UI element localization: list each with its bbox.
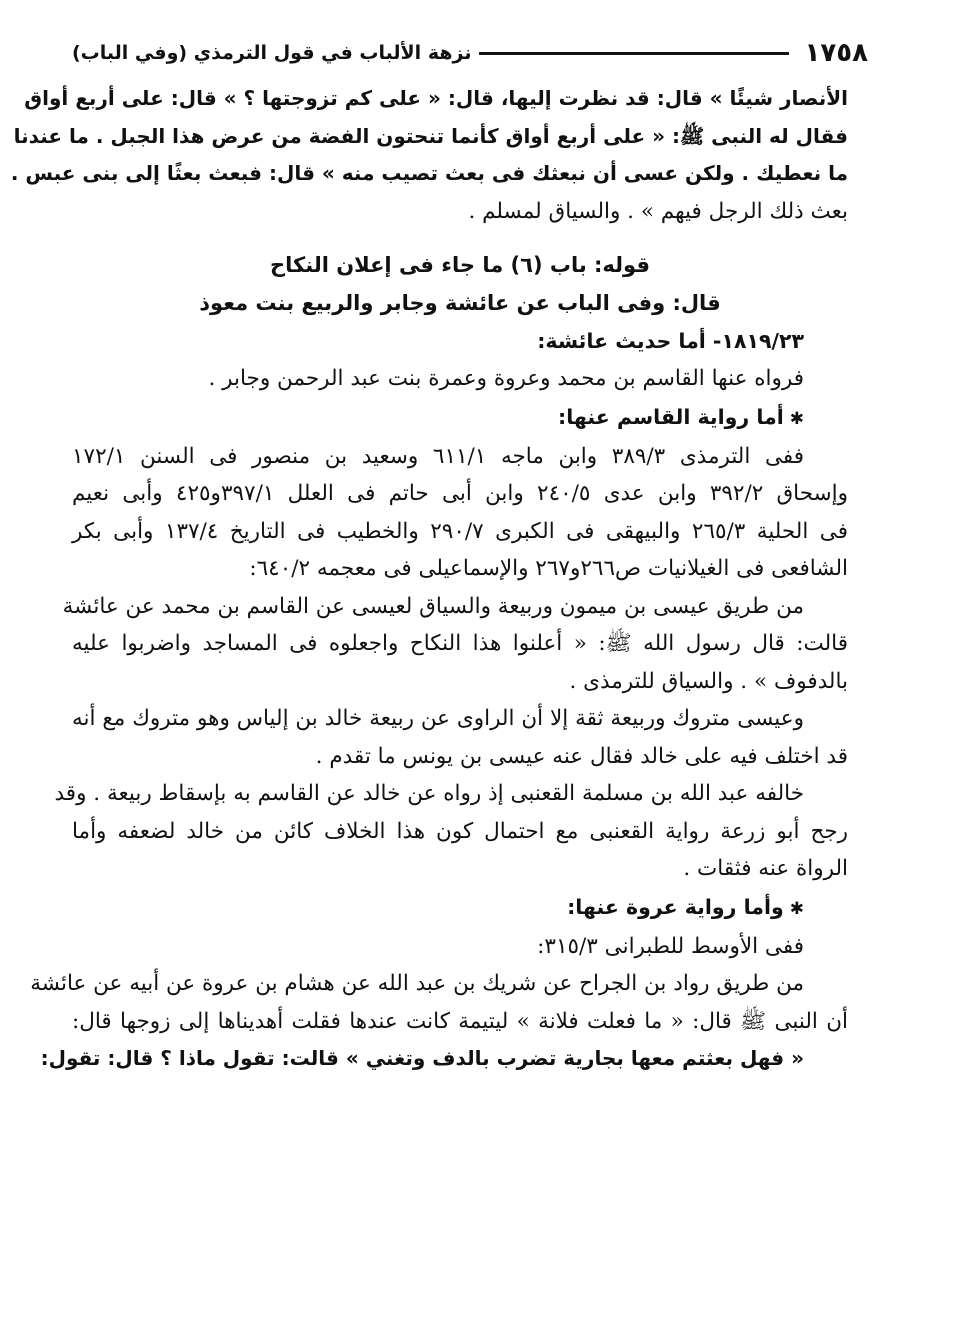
text-line: فى الحلية ٢٦٥/٣ والبيهقى فى الكبرى ٢٩٠/٧… — [72, 513, 848, 551]
hadith-intro: فرواه عنها القاسم بن محمد وعروة وعمرة بن… — [72, 360, 848, 398]
text-line: من طريق رواد بن الجراح عن شريك بن عبد ال… — [72, 965, 848, 1003]
star-icon: ✱ — [790, 890, 804, 928]
section-heading-label: أما رواية القاسم عنها: — [558, 405, 784, 429]
star-icon: ✱ — [790, 400, 804, 438]
continuation-paragraph: الأنصار شيئًا » قال: قد نظرت إليها، قال:… — [72, 80, 848, 230]
text-line: الشافعى فى الغيلانيات ص٢٦٦و٢٦٧ والإسماعي… — [72, 550, 848, 588]
spacer — [72, 230, 848, 246]
text-line: ما نعطيك . ولكن عسى أن نبعثك فى بعث تصيب… — [72, 155, 848, 193]
text-line: ففى الترمذى ٣٨٩/٣ وابن ماجه ٦١١/١ وسعيد … — [72, 438, 848, 476]
text-line: وعيسى متروك وربيعة ثقة إلا أن الراوى عن … — [72, 700, 848, 738]
hadith-number-heading: ١٨١٩/٢٣- أما حديث عائشة: — [72, 322, 848, 360]
text-line: من طريق عيسى بن ميمون وربيعة والسياق لعي… — [72, 588, 848, 626]
paragraph-sources: ففى الترمذى ٣٨٩/٣ وابن ماجه ٦١١/١ وسعيد … — [72, 438, 848, 588]
section-heading-urwa: ✱وأما رواية عروة عنها: — [72, 888, 848, 928]
paragraph-isa-grading: وعيسى متروك وربيعة ثقة إلا أن الراوى عن … — [72, 700, 848, 775]
running-title: نزهة الألباب في قول الترمذي (وفي الباب) — [72, 42, 471, 64]
text-line: قد اختلف فيه على خالد فقال عنه عيسى بن ي… — [72, 738, 848, 776]
text-line: « فهل بعثتم معها بجارية تضرب بالدف وتغني… — [72, 1040, 848, 1078]
text-line: خالفه عبد الله بن مسلمة القعنبى إذ رواه … — [72, 775, 848, 813]
text-line: بعث ذلك الرجل فيهم » . والسياق لمسلم . — [72, 193, 848, 231]
page-number: ١٧٥٨ — [797, 38, 868, 68]
section-heading-label: وأما رواية عروة عنها: — [567, 895, 784, 919]
chapter-title: قوله: باب (٦) ما جاء فى إعلان النكاح — [72, 246, 848, 284]
text-line: فقال له النبى ﷺ: « على أربع أواق كأنما ت… — [72, 118, 848, 156]
paragraph-qanabi: خالفه عبد الله بن مسلمة القعنبى إذ رواه … — [72, 775, 848, 888]
running-header: ١٧٥٨ نزهة الألباب في قول الترمذي (وفي ال… — [72, 30, 868, 76]
text-line: الأنصار شيئًا » قال: قد نظرت إليها، قال:… — [72, 80, 848, 118]
text-line: وإسحاق ٣٩٢/٢ وابن عدى ٢٤٠/٥ وابن أبى حات… — [72, 475, 848, 513]
text-line: رجح أبو زرعة رواية القعنبى مع احتمال كون… — [72, 813, 848, 851]
section-heading-qasim: ✱أما رواية القاسم عنها: — [72, 398, 848, 438]
book-page: ١٧٥٨ نزهة الألباب في قول الترمذي (وفي ال… — [72, 30, 848, 1078]
text-line: أن النبى ﷺ قال: « ما فعلت فلانة » ليتيمة… — [72, 1003, 848, 1041]
source-line: ففى الأوسط للطبرانى ٣١٥/٣: — [72, 928, 848, 966]
header-rule — [479, 52, 788, 55]
paragraph-rawwad-route: من طريق رواد بن الجراح عن شريك بن عبد ال… — [72, 965, 848, 1078]
text-line: قالت: قال رسول الله ﷺ: « أعلنوا هذا النك… — [72, 625, 848, 663]
text-line: بالدفوف » . والسياق للترمذى . — [72, 663, 848, 701]
chapter-subtitle: قال: وفى الباب عن عائشة وجابر والربيع بن… — [72, 284, 848, 322]
text-line: الرواة عنه فثقات . — [72, 850, 848, 888]
paragraph-isa-route: من طريق عيسى بن ميمون وربيعة والسياق لعي… — [72, 588, 848, 701]
